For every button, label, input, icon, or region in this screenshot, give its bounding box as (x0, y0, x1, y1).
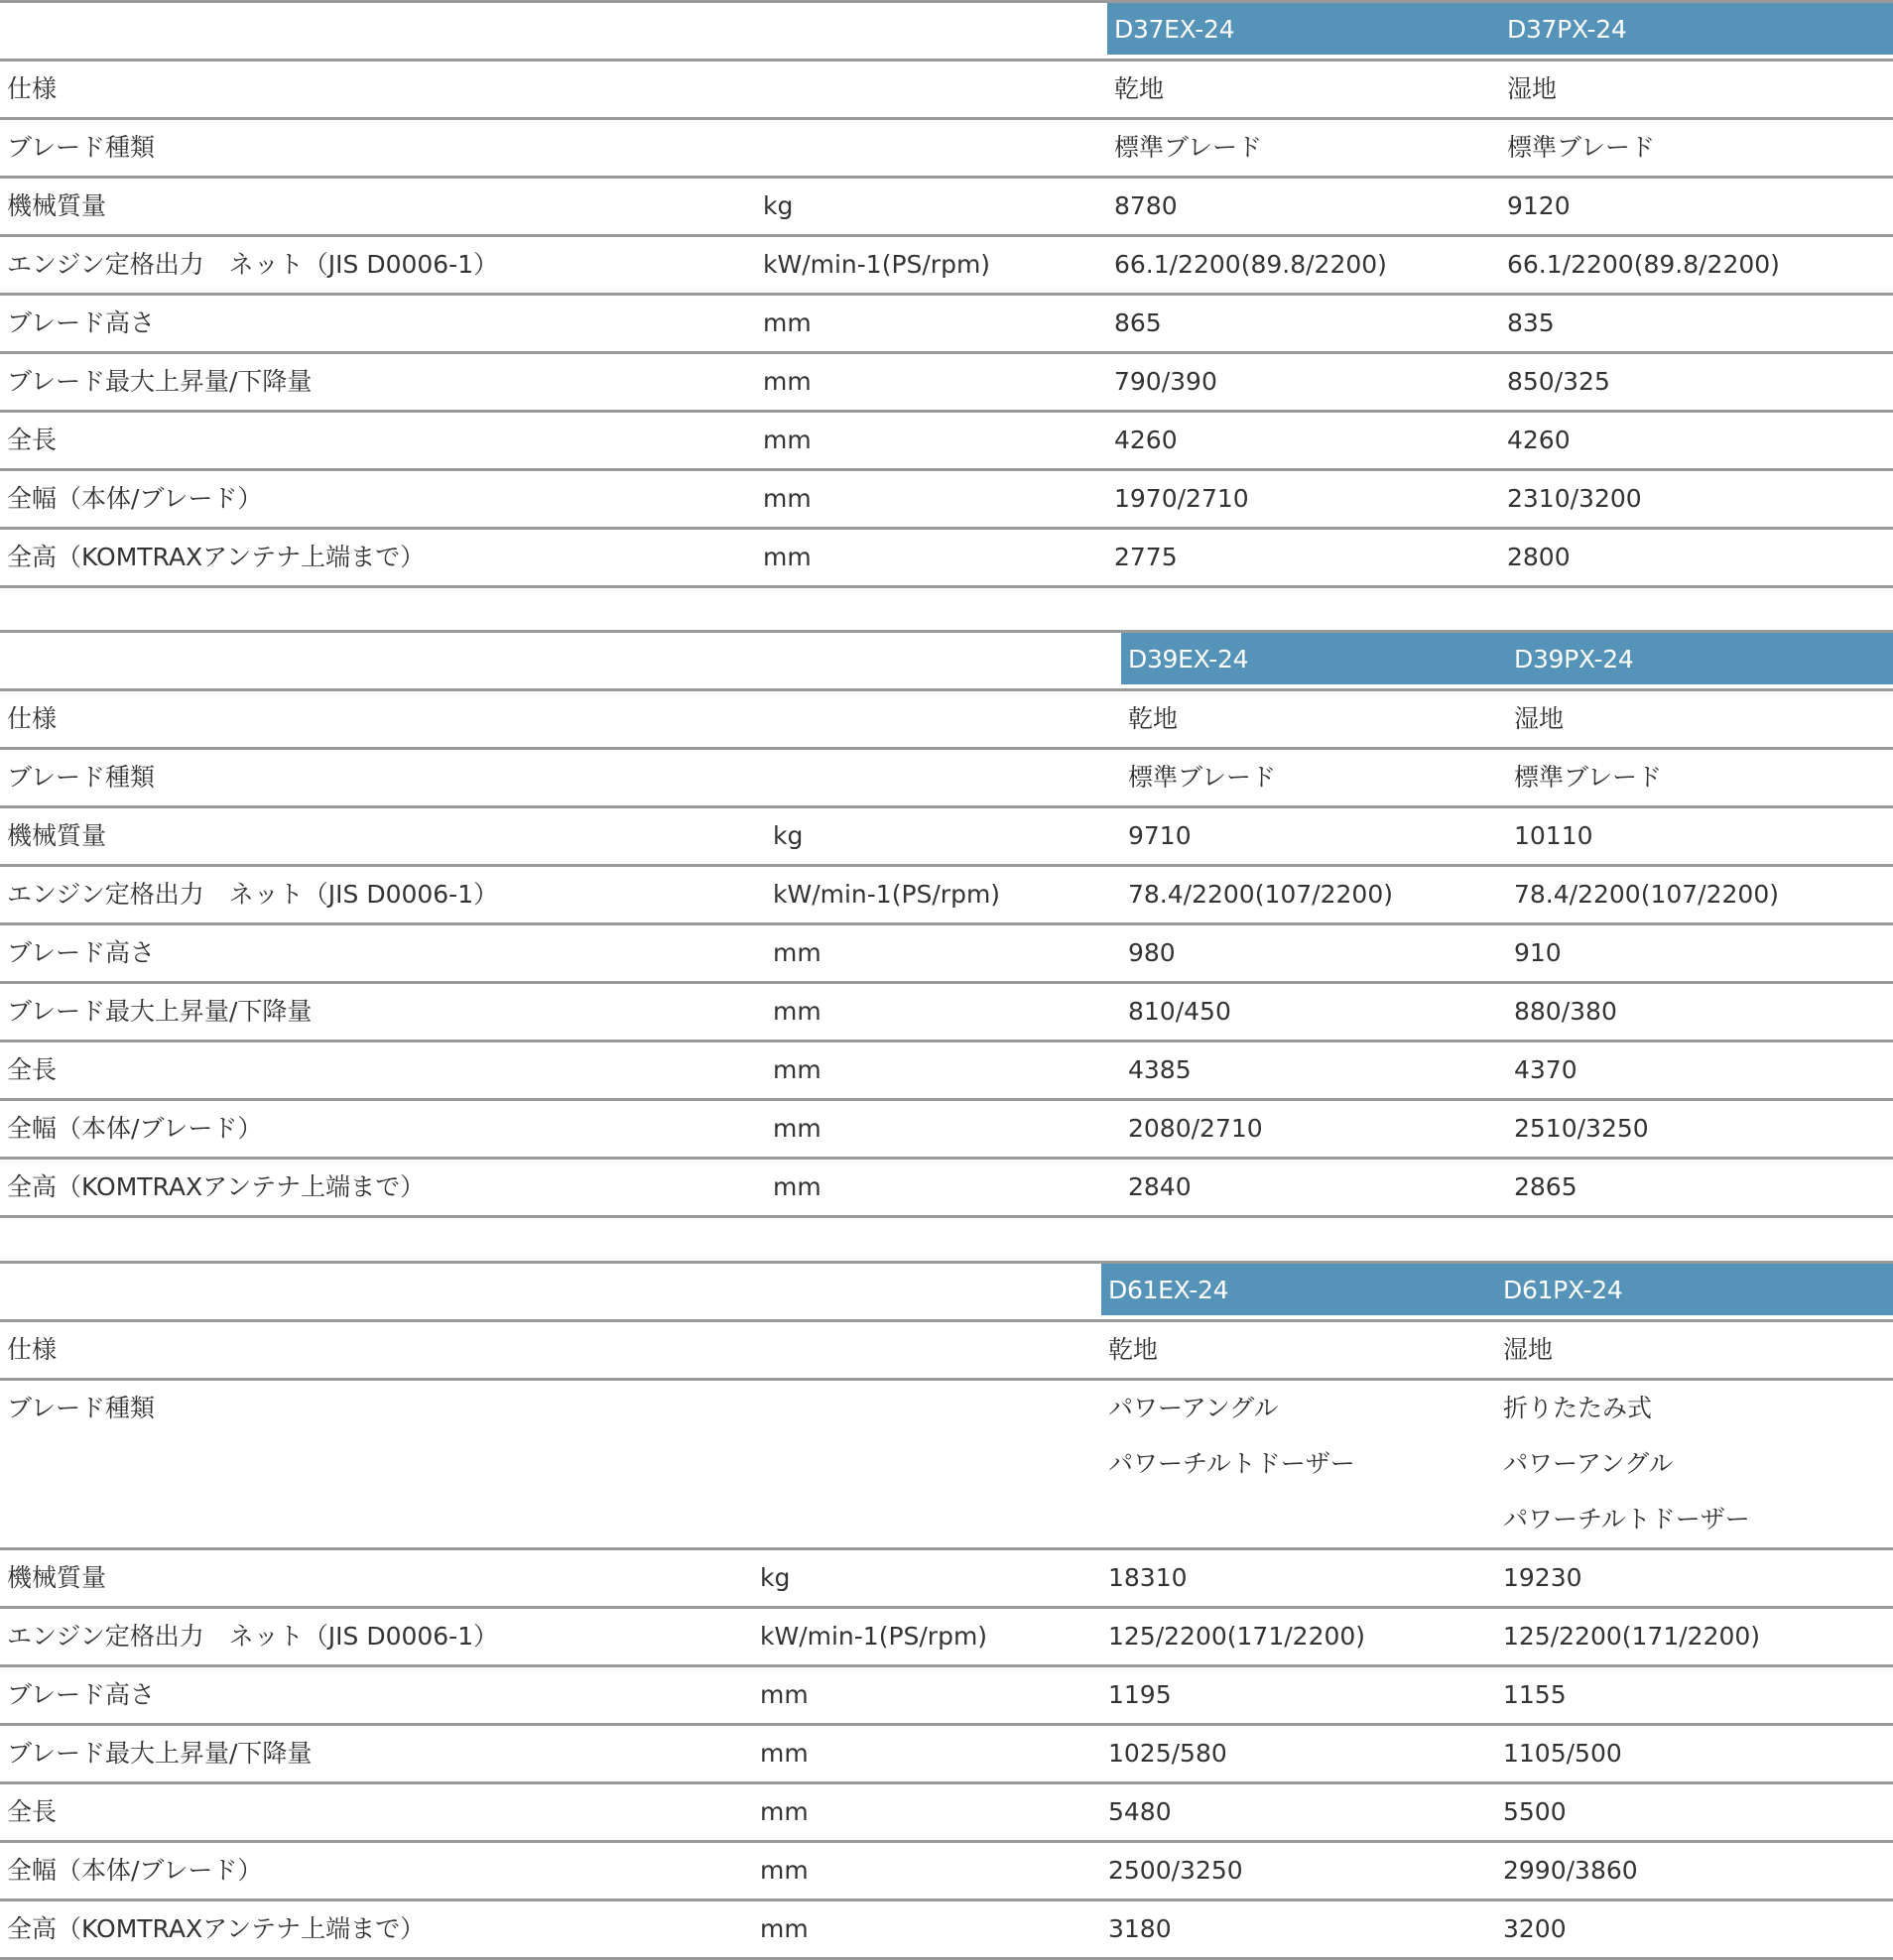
spec-value-text: 78.4/2200(107/2200) (1128, 867, 1507, 922)
spec-unit: mm (766, 1160, 1121, 1215)
spec-value-ex: 5480 (1101, 1784, 1496, 1840)
table-row: 全高（KOMTRAXアンテナ上端まで）mm28402865 (0, 1160, 1893, 1218)
spec-value-text: 880/380 (1514, 984, 1893, 1040)
table-row: ブレード最大上昇量/下降量mm810/450880/380 (0, 984, 1893, 1042)
spec-value-text: 66.1/2200(89.8/2200) (1114, 237, 1500, 293)
spec-value-ex: 2840 (1121, 1160, 1507, 1215)
spec-value-ex: 8780 (1107, 179, 1500, 234)
spec-value-ex: 2500/3250 (1101, 1843, 1496, 1899)
spec-value-text: パワーチルトドーザー (1503, 1492, 1893, 1547)
spec-value-text: 標準ブレード (1128, 750, 1507, 805)
spec-label-text: ブレード種類 (7, 1381, 753, 1436)
spec-value-text: 2510/3250 (1514, 1101, 1893, 1157)
spec-label-text: 全幅（本体/ブレード） (7, 471, 756, 527)
spec-value-ex: 乾地 (1121, 691, 1507, 747)
spec-value-text: 3180 (1108, 1901, 1496, 1954)
spec-value-text: 66.1/2200(89.8/2200) (1507, 237, 1893, 293)
spec-value-text: 19230 (1503, 1550, 1893, 1606)
spec-table: D61EX-24D61PX-24仕様乾地湿地ブレード種類パワーアングルパワーチル… (0, 1261, 1893, 1954)
spec-unit-text: mm (763, 296, 1107, 351)
spec-value-px: 湿地 (1496, 1322, 1893, 1378)
spec-value-text: 折りたたみ式 (1503, 1381, 1893, 1436)
spec-label: 全高（KOMTRAXアンテナ上端まで） (0, 1901, 753, 1954)
spec-unit-text (760, 1322, 1101, 1378)
spec-value-text: 乾地 (1114, 61, 1500, 117)
spec-label-text: 全高（KOMTRAXアンテナ上端まで） (7, 1901, 753, 1954)
spec-label-text: エンジン定格出力 ネット（JIS D0006-1） (7, 867, 766, 922)
model-header: D61PX-24 (1496, 1264, 1893, 1315)
spec-unit-text: kg (760, 1550, 1101, 1606)
spec-value-ex: 標準ブレード (1107, 120, 1500, 176)
spec-unit-text (773, 691, 1121, 747)
table-row: 全長mm42604260 (0, 413, 1893, 471)
spec-value-px: 3200 (1496, 1901, 1893, 1954)
spec-unit: mm (766, 925, 1121, 981)
spec-value-ex: 980 (1121, 925, 1507, 981)
spec-label-text: 機械質量 (7, 808, 766, 864)
spec-label: 全幅（本体/ブレード） (0, 1843, 753, 1899)
table-row: 機械質量kg971010110 (0, 808, 1893, 867)
spec-unit (766, 750, 1121, 805)
table-header-row: D61EX-24D61PX-24 (0, 1264, 1893, 1322)
spec-label: 機械質量 (0, 1550, 753, 1606)
spec-unit-text: mm (760, 1726, 1101, 1781)
spec-value-ex: 1025/580 (1101, 1726, 1496, 1781)
table-row: エンジン定格出力 ネット（JIS D0006-1）kW/min-1(PS/rpm… (0, 1609, 1893, 1667)
spec-value-text: 4385 (1128, 1042, 1507, 1098)
spec-value-ex: 9710 (1121, 808, 1507, 864)
spec-unit-text: mm (763, 413, 1107, 468)
table-row: エンジン定格出力 ネット（JIS D0006-1）kW/min-1(PS/rpm… (0, 867, 1893, 925)
spec-label-text: 仕様 (7, 1322, 753, 1378)
spec-value-px: 19230 (1496, 1550, 1893, 1606)
spec-unit: kg (766, 808, 1121, 864)
spec-unit: mm (753, 1784, 1101, 1840)
spec-value-text: 1155 (1503, 1667, 1893, 1723)
spec-label-text: 全長 (7, 1042, 766, 1098)
spec-value-text: 865 (1114, 296, 1500, 351)
spec-value-px: 標準ブレード (1500, 120, 1893, 176)
spec-value-text: 9120 (1507, 179, 1893, 234)
spec-value-px: 湿地 (1507, 691, 1893, 747)
model-header: D39EX-24 (1121, 633, 1507, 684)
spec-unit (753, 1381, 1101, 1547)
table-row: 全長mm54805500 (0, 1784, 1893, 1843)
spec-value-text: 標準ブレード (1507, 120, 1893, 176)
spec-unit-text (760, 1381, 1101, 1436)
spec-unit-text: mm (773, 1042, 1121, 1098)
table-row: 仕様乾地湿地 (0, 61, 1893, 120)
spec-value-text: 9710 (1128, 808, 1507, 864)
spec-unit: kW/min-1(PS/rpm) (756, 237, 1107, 293)
spec-value-px: 880/380 (1507, 984, 1893, 1040)
spec-value-px: 1105/500 (1496, 1726, 1893, 1781)
spec-label-text: ブレード種類 (7, 120, 756, 176)
spec-value-px: 湿地 (1500, 61, 1893, 117)
table-row: ブレード最大上昇量/下降量mm1025/5801105/500 (0, 1726, 1893, 1784)
table-row: 全幅（本体/ブレード）mm1970/27102310/3200 (0, 471, 1893, 530)
header-empty-cell (0, 3, 756, 59)
spec-value-text: 810/450 (1128, 984, 1507, 1040)
spec-unit (766, 691, 1121, 747)
spec-value-ex: 2080/2710 (1121, 1101, 1507, 1157)
spec-label-text: 全高（KOMTRAXアンテナ上端まで） (7, 1160, 766, 1215)
spec-value-ex: 4385 (1121, 1042, 1507, 1098)
spec-label: 全高（KOMTRAXアンテナ上端まで） (0, 1160, 766, 1215)
spec-unit-text (773, 750, 1121, 805)
spec-value-ex: 1195 (1101, 1667, 1496, 1723)
spec-value-text: 標準ブレード (1114, 120, 1500, 176)
table-row: 機械質量kg1831019230 (0, 1550, 1893, 1609)
spec-unit-text: mm (773, 1101, 1121, 1157)
spec-label-text: 機械質量 (7, 1550, 753, 1606)
table-row: 全高（KOMTRAXアンテナ上端まで）mm31803200 (0, 1901, 1893, 1954)
spec-unit: mm (753, 1667, 1101, 1723)
header-empty-cell (756, 3, 1107, 59)
spec-label: エンジン定格出力 ネット（JIS D0006-1） (0, 237, 756, 293)
spec-value-px: 835 (1500, 296, 1893, 351)
spec-value-text: 2775 (1114, 530, 1500, 585)
spec-value-text: 4370 (1514, 1042, 1893, 1098)
spec-value-text: 790/390 (1114, 354, 1500, 410)
model-header: D61EX-24 (1101, 1264, 1496, 1315)
spec-label: 全高（KOMTRAXアンテナ上端まで） (0, 530, 756, 585)
spec-value-text: 125/2200(171/2200) (1108, 1609, 1496, 1664)
spec-value-text: 5500 (1503, 1784, 1893, 1840)
table-row: ブレード種類パワーアングルパワーチルトドーザー折りたたみ式パワーアングルパワーチ… (0, 1381, 1893, 1550)
spec-unit: mm (753, 1843, 1101, 1899)
spec-label: ブレード最大上昇量/下降量 (0, 1726, 753, 1781)
spec-unit-text (763, 120, 1107, 176)
spec-label-text: ブレード高さ (7, 1667, 753, 1723)
spec-label: ブレード最大上昇量/下降量 (0, 984, 766, 1040)
spec-value-text: 2800 (1507, 530, 1893, 585)
spec-value-text: 湿地 (1514, 691, 1893, 747)
spec-unit-text: kW/min-1(PS/rpm) (763, 237, 1107, 293)
spec-unit: kW/min-1(PS/rpm) (766, 867, 1121, 922)
spec-table: D37EX-24D37PX-24仕様乾地湿地ブレード種類標準ブレード標準ブレード… (0, 0, 1893, 588)
spec-value-ex: 乾地 (1101, 1322, 1496, 1378)
table-row: 全幅（本体/ブレード）mm2500/32502990/3860 (0, 1843, 1893, 1901)
spec-label-text: 全幅（本体/ブレード） (7, 1101, 766, 1157)
spec-unit: mm (766, 1042, 1121, 1098)
spec-value-ex: 4260 (1107, 413, 1500, 468)
spec-value-text: 標準ブレード (1514, 750, 1893, 805)
spec-unit-text: kW/min-1(PS/rpm) (760, 1609, 1101, 1664)
table-header-row: D37EX-24D37PX-24 (0, 3, 1893, 61)
model-header: D37EX-24 (1107, 3, 1500, 55)
spec-value-ex: 865 (1107, 296, 1500, 351)
spec-value-text: 1970/2710 (1114, 471, 1500, 527)
table-row: 全長mm43854370 (0, 1042, 1893, 1101)
spec-value-px: 4260 (1500, 413, 1893, 468)
spec-unit: mm (756, 296, 1107, 351)
spec-value-px: 折りたたみ式パワーアングルパワーチルトドーザー (1496, 1381, 1893, 1547)
spec-unit-text (763, 61, 1107, 117)
spec-value-text: 1025/580 (1108, 1726, 1496, 1781)
spec-label-text: エンジン定格出力 ネット（JIS D0006-1） (7, 237, 756, 293)
spec-label-text: エンジン定格出力 ネット（JIS D0006-1） (7, 1609, 753, 1664)
spec-value-text: 乾地 (1128, 691, 1507, 747)
model-header: D39PX-24 (1507, 633, 1893, 684)
spec-value-text: 2865 (1514, 1160, 1893, 1215)
spec-value-text: 125/2200(171/2200) (1503, 1609, 1893, 1664)
spec-value-px: 2510/3250 (1507, 1101, 1893, 1157)
spec-label: 仕様 (0, 691, 766, 747)
spec-value-ex: 125/2200(171/2200) (1101, 1609, 1496, 1664)
spec-value-px: 850/325 (1500, 354, 1893, 410)
spec-value-px: 9120 (1500, 179, 1893, 234)
spec-label: ブレード最大上昇量/下降量 (0, 354, 756, 410)
spec-label-text: ブレード最大上昇量/下降量 (7, 984, 766, 1040)
spec-unit-text: kg (763, 179, 1107, 234)
header-empty-cell (0, 1264, 753, 1319)
header-empty-cell (0, 633, 766, 688)
spec-label: 全幅（本体/ブレード） (0, 471, 756, 527)
spec-unit: mm (753, 1901, 1101, 1954)
spec-value-text: 3200 (1503, 1901, 1893, 1954)
table-row: 全高（KOMTRAXアンテナ上端まで）mm27752800 (0, 530, 1893, 588)
spec-unit: mm (756, 413, 1107, 468)
spec-value-text: 78.4/2200(107/2200) (1514, 867, 1893, 922)
spec-value-px: 2310/3200 (1500, 471, 1893, 527)
spec-label-text: ブレード最大上昇量/下降量 (7, 354, 756, 410)
spec-value-px: 10110 (1507, 808, 1893, 864)
spec-unit: mm (766, 984, 1121, 1040)
spec-label: 全長 (0, 413, 756, 468)
spec-label: 機械質量 (0, 179, 756, 234)
table-row: ブレード高さmm980910 (0, 925, 1893, 984)
spec-value-px: 66.1/2200(89.8/2200) (1500, 237, 1893, 293)
table-row: ブレード最大上昇量/下降量mm790/390850/325 (0, 354, 1893, 413)
spec-value-ex: 3180 (1101, 1901, 1496, 1954)
spec-label-text: ブレード高さ (7, 925, 766, 981)
spec-value-ex: 18310 (1101, 1550, 1496, 1606)
spec-value-text: 乾地 (1108, 1322, 1496, 1378)
spec-value-text: 8780 (1114, 179, 1500, 234)
spec-unit: mm (756, 471, 1107, 527)
spec-label-text: 全幅（本体/ブレード） (7, 1843, 753, 1899)
spec-value-text: 910 (1514, 925, 1893, 981)
spec-unit-text: mm (773, 1160, 1121, 1215)
spec-unit-text: mm (763, 471, 1107, 527)
model-header: D37PX-24 (1500, 3, 1893, 55)
spec-value-text: 2990/3860 (1503, 1843, 1893, 1899)
spec-value-text: 10110 (1514, 808, 1893, 864)
spec-value-ex: 乾地 (1107, 61, 1500, 117)
spec-label: 全長 (0, 1042, 766, 1098)
spec-value-ex: 標準ブレード (1121, 750, 1507, 805)
spec-label: ブレード高さ (0, 925, 766, 981)
spec-label: ブレード高さ (0, 1667, 753, 1723)
table-row: 全幅（本体/ブレード）mm2080/27102510/3250 (0, 1101, 1893, 1160)
spec-unit: mm (756, 530, 1107, 585)
spec-label-text: 全長 (7, 413, 756, 468)
spec-label-text: 全長 (7, 1784, 753, 1840)
spec-unit-text: mm (760, 1667, 1101, 1723)
spec-value-px: 標準ブレード (1507, 750, 1893, 805)
spec-value-px: 125/2200(171/2200) (1496, 1609, 1893, 1664)
spec-value-px: 2865 (1507, 1160, 1893, 1215)
spec-unit (756, 61, 1107, 117)
table-row: ブレード高さmm865835 (0, 296, 1893, 354)
table-row: ブレード種類標準ブレード標準ブレード (0, 750, 1893, 808)
spec-value-ex: 1970/2710 (1107, 471, 1500, 527)
spec-label: 全幅（本体/ブレード） (0, 1101, 766, 1157)
spec-label: エンジン定格出力 ネット（JIS D0006-1） (0, 1609, 753, 1664)
header-empty-cell (753, 1264, 1101, 1319)
spec-value-text: パワーアングル (1503, 1436, 1893, 1492)
spec-value-text: 850/325 (1507, 354, 1893, 410)
spec-label: ブレード種類 (0, 1381, 753, 1547)
spec-label-text: ブレード種類 (7, 750, 766, 805)
spec-value-text: 980 (1128, 925, 1507, 981)
spec-value-px: 910 (1507, 925, 1893, 981)
spec-value-px: 5500 (1496, 1784, 1893, 1840)
spec-unit (753, 1322, 1101, 1378)
spec-unit: kg (753, 1550, 1101, 1606)
spec-label-text: 仕様 (7, 691, 766, 747)
spec-unit-text: mm (773, 984, 1121, 1040)
spec-value-text: 835 (1507, 296, 1893, 351)
table-row: ブレード種類標準ブレード標準ブレード (0, 120, 1893, 179)
spec-label: 全長 (0, 1784, 753, 1840)
spec-label-text: 全高（KOMTRAXアンテナ上端まで） (7, 530, 756, 585)
spec-value-text: 2500/3250 (1108, 1843, 1496, 1899)
table-row: 仕様乾地湿地 (0, 1322, 1893, 1381)
spec-value-px: 4370 (1507, 1042, 1893, 1098)
spec-unit: mm (766, 1101, 1121, 1157)
spec-value-ex: パワーアングルパワーチルトドーザー (1101, 1381, 1496, 1547)
spec-value-px: 78.4/2200(107/2200) (1507, 867, 1893, 922)
spec-value-text: パワーアングル (1108, 1381, 1496, 1436)
spec-value-px: 1155 (1496, 1667, 1893, 1723)
spec-value-px: 2990/3860 (1496, 1843, 1893, 1899)
spec-value-px: 2800 (1500, 530, 1893, 585)
spec-label-text: 機械質量 (7, 179, 756, 234)
spec-value-text: 2840 (1128, 1160, 1507, 1215)
table-header-row: D39EX-24D39PX-24 (0, 633, 1893, 691)
spec-value-ex: 78.4/2200(107/2200) (1121, 867, 1507, 922)
spec-value-text: 湿地 (1503, 1322, 1893, 1378)
spec-label: エンジン定格出力 ネット（JIS D0006-1） (0, 867, 766, 922)
table-row: ブレード高さmm11951155 (0, 1667, 1893, 1726)
spec-label: 仕様 (0, 61, 756, 117)
spec-value-ex: 66.1/2200(89.8/2200) (1107, 237, 1500, 293)
spec-value-ex: 810/450 (1121, 984, 1507, 1040)
spec-value-text: 4260 (1114, 413, 1500, 468)
spec-label-text: ブレード高さ (7, 296, 756, 351)
spec-unit-text: kW/min-1(PS/rpm) (773, 867, 1121, 922)
table-row: 仕様乾地湿地 (0, 691, 1893, 750)
spec-unit (756, 120, 1107, 176)
spec-unit-text: kg (773, 808, 1121, 864)
spec-value-text: 5480 (1108, 1784, 1496, 1840)
table-row: 機械質量kg87809120 (0, 179, 1893, 237)
spec-label: 仕様 (0, 1322, 753, 1378)
spec-label-text: 仕様 (7, 61, 756, 117)
spec-value-text: 2310/3200 (1507, 471, 1893, 527)
spec-unit-text: mm (760, 1784, 1101, 1840)
spec-value-text: 2080/2710 (1128, 1101, 1507, 1157)
spec-table: D39EX-24D39PX-24仕様乾地湿地ブレード種類標準ブレード標準ブレード… (0, 630, 1893, 1218)
spec-label-text: ブレード最大上昇量/下降量 (7, 1726, 753, 1781)
spec-unit-text: mm (763, 354, 1107, 410)
spec-unit: kW/min-1(PS/rpm) (753, 1609, 1101, 1664)
spec-unit: mm (756, 354, 1107, 410)
spec-label: ブレード種類 (0, 120, 756, 176)
spec-value-ex: 790/390 (1107, 354, 1500, 410)
spec-unit-text: mm (760, 1843, 1101, 1899)
spec-label: ブレード高さ (0, 296, 756, 351)
spec-label: 機械質量 (0, 808, 766, 864)
spec-unit-text: mm (773, 925, 1121, 981)
header-empty-cell (766, 633, 1121, 688)
spec-label: ブレード種類 (0, 750, 766, 805)
spec-value-text: 4260 (1507, 413, 1893, 468)
spec-unit-text: mm (763, 530, 1107, 585)
spec-value-text: 1195 (1108, 1667, 1496, 1723)
spec-value-text: 1105/500 (1503, 1726, 1893, 1781)
table-row: エンジン定格出力 ネット（JIS D0006-1）kW/min-1(PS/rpm… (0, 237, 1893, 296)
spec-unit: kg (756, 179, 1107, 234)
spec-value-ex: 2775 (1107, 530, 1500, 585)
spec-value-text: パワーチルトドーザー (1108, 1436, 1496, 1492)
spec-value-text: 18310 (1108, 1550, 1496, 1606)
spec-unit: mm (753, 1726, 1101, 1781)
spec-unit-text: mm (760, 1901, 1101, 1954)
spec-value-text: 湿地 (1507, 61, 1893, 117)
